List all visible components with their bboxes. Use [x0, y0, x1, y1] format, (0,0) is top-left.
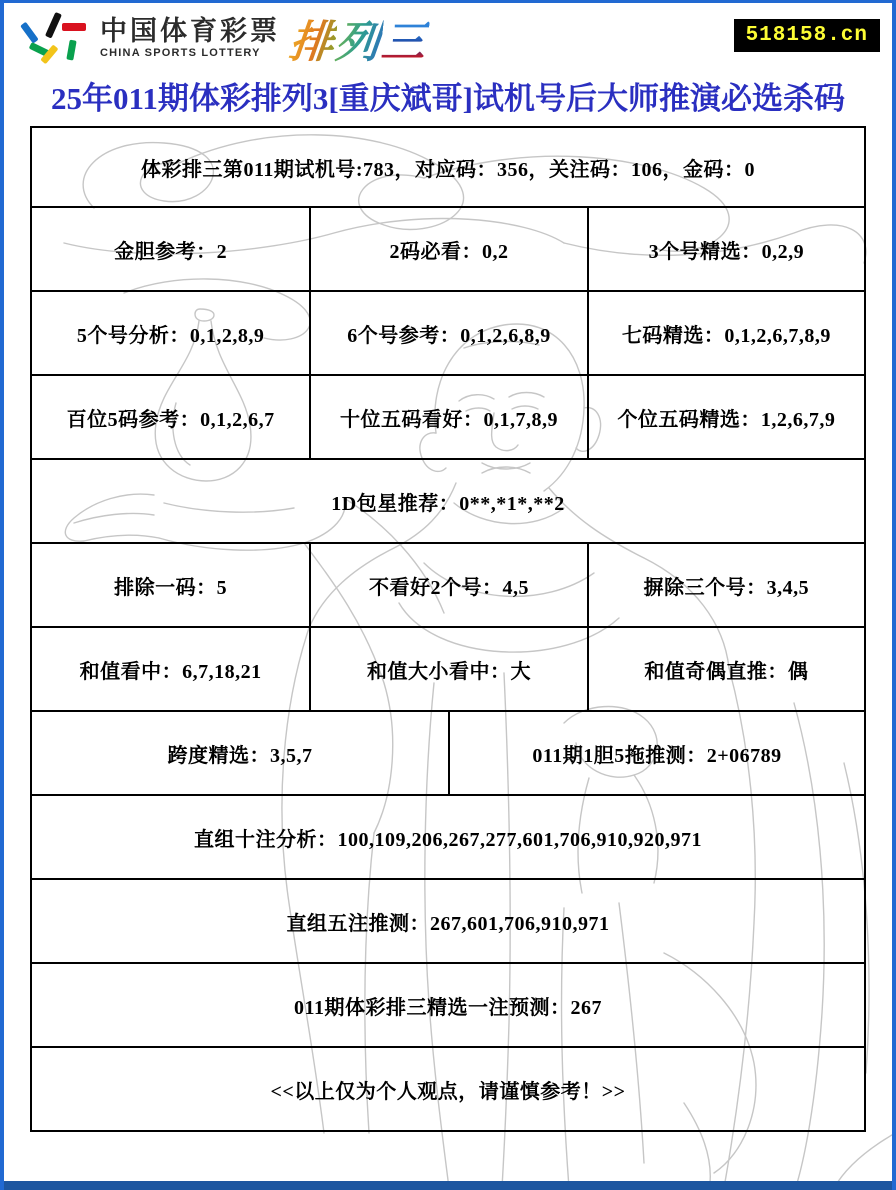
- table-cell: 和值看中：6,7,18,21: [32, 628, 309, 710]
- table-cell: 不看好2个号：4,5: [309, 544, 586, 626]
- table-cell: 十位五码看好：0,1,7,8,9: [309, 376, 586, 458]
- product-name-pailiesan: 排列三: [287, 6, 432, 70]
- table-row-golddan: 金胆参考：2 2码必看：0,2 3个号精选：0,2,9: [32, 206, 864, 290]
- table-cell: 跨度精选：3,5,7: [32, 712, 448, 794]
- table-row-1d: 1D包星推荐：0**,*1*,**2: [32, 458, 864, 542]
- header: 中国体育彩票 CHINA SPORTS LOTTERY 排列三 518158.c…: [4, 3, 892, 69]
- product-char-3: 三: [379, 18, 430, 67]
- table-cell: 摒除三个号：3,4,5: [587, 544, 864, 626]
- table-row-one-pick: 011期体彩排三精选一注预测：267: [32, 962, 864, 1046]
- table-row-sum: 和值看中：6,7,18,21 和值大小看中：大 和值奇偶直推：偶: [32, 626, 864, 710]
- table-cell: 和值奇偶直推：偶: [587, 628, 864, 710]
- site-url-badge[interactable]: 518158.cn: [734, 19, 880, 52]
- table-cell: <<以上仅为个人观点，请谨慎参考！>>: [32, 1048, 864, 1130]
- table-cell: 011期1胆5拖推测：2+06789: [448, 712, 864, 794]
- china-sports-lottery-logo: 中国体育彩票 CHINA SPORTS LOTTERY 排列三: [20, 6, 428, 70]
- table-cell: 6个号参考：0,1,2,6,8,9: [309, 292, 586, 374]
- table-cell: 和值大小看中：大: [309, 628, 586, 710]
- table-cell: 七码精选：0,1,2,6,7,8,9: [587, 292, 864, 374]
- product-char-1: 排: [287, 18, 338, 67]
- prediction-table: 体彩排三第011期试机号:783，对应码：356，关注码：106，金码：0 金胆…: [30, 126, 866, 1132]
- table-row-5num: 5个号分析：0,1,2,8,9 6个号参考：0,1,2,6,8,9 七码精选：0…: [32, 290, 864, 374]
- brand-text: 中国体育彩票 CHINA SPORTS LOTTERY: [100, 18, 280, 59]
- table-cell: 3个号精选：0,2,9: [587, 208, 864, 290]
- brand-chinese: 中国体育彩票: [100, 18, 280, 45]
- page: 中国体育彩票 CHINA SPORTS LOTTERY 排列三 518158.c…: [0, 0, 896, 1190]
- table-row-testnumber: 体彩排三第011期试机号:783，对应码：356，关注码：106，金码：0: [32, 128, 864, 206]
- table-row-exclude: 排除一码：5 不看好2个号：4,5 摒除三个号：3,4,5: [32, 542, 864, 626]
- lottery-sticks-icon: [20, 10, 94, 66]
- table-cell: 直组五注推测：267,601,706,910,971: [32, 880, 864, 962]
- table-row-five-direct: 直组五注推测：267,601,706,910,971: [32, 878, 864, 962]
- table-cell: 5个号分析：0,1,2,8,9: [32, 292, 309, 374]
- brand-english: CHINA SPORTS LOTTERY: [100, 48, 280, 59]
- table-cell: 个位五码精选：1,2,6,7,9: [587, 376, 864, 458]
- product-char-2: 列: [333, 18, 384, 67]
- table-cell: 百位5码参考：0,1,2,6,7: [32, 376, 309, 458]
- table-cell: 金胆参考：2: [32, 208, 309, 290]
- bottom-bar: [4, 1181, 892, 1190]
- table-cell: 体彩排三第011期试机号:783，对应码：356，关注码：106，金码：0: [32, 128, 864, 206]
- page-title: 25年011期体彩排列3[重庆斌哥]试机号后大师推演必选杀码: [4, 73, 892, 118]
- table-row-span-dantuo: 跨度精选：3,5,7 011期1胆5拖推测：2+06789: [32, 710, 864, 794]
- table-row-positions: 百位5码参考：0,1,2,6,7 十位五码看好：0,1,7,8,9 个位五码精选…: [32, 374, 864, 458]
- table-cell: 1D包星推荐：0**,*1*,**2: [32, 460, 864, 542]
- table-row-disclaimer: <<以上仅为个人观点，请谨慎参考！>>: [32, 1046, 864, 1130]
- table-cell: 011期体彩排三精选一注预测：267: [32, 964, 864, 1046]
- table-cell: 直组十注分析：100,109,206,267,277,601,706,910,9…: [32, 796, 864, 878]
- table-row-ten-direct: 直组十注分析：100,109,206,267,277,601,706,910,9…: [32, 794, 864, 878]
- table-cell: 排除一码：5: [32, 544, 309, 626]
- table-cell: 2码必看：0,2: [309, 208, 586, 290]
